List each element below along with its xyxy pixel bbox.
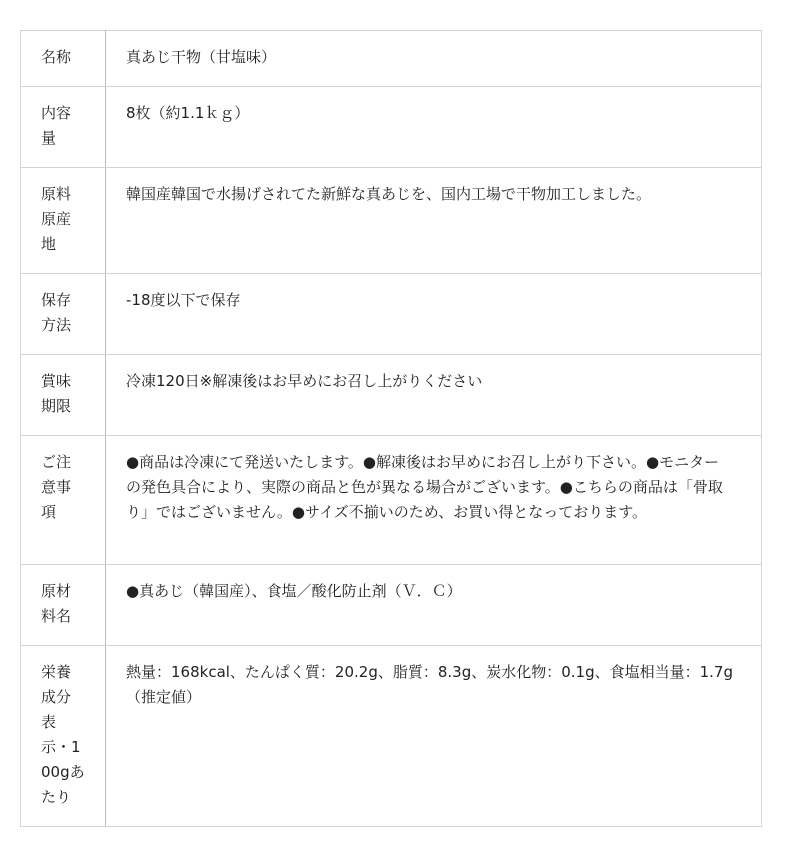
spec-label-content: 内容量 [21, 87, 106, 168]
spec-label-ingredients: 原材料名 [21, 565, 106, 646]
spec-row-expiry: 賞味期限 冷凍120日※解凍後はお早めにお召し上がりください [21, 355, 762, 436]
spec-label-name: 名称 [21, 31, 106, 87]
spec-label-origin: 原料原産地 [21, 168, 106, 274]
spec-row-name: 名称 真あじ干物（甘塩味） [21, 31, 762, 87]
spec-value-content: 8枚（約1.1ｋｇ） [106, 87, 762, 168]
spec-row-ingredients: 原材料名 ●真あじ（韓国産）、食塩／酸化防止剤（Ｖ．Ｃ） [21, 565, 762, 646]
spec-value-notes: ●商品は冷凍にて発送いたします。●解凍後はお早めにお召し上がり下さい。●モニター… [106, 436, 762, 565]
spec-row-origin: 原料原産地 韓国産韓国で水揚げされてた新鮮な真あじを、国内工場で干物加工しました… [21, 168, 762, 274]
spec-row-nutrition: 栄養成分表示・100gあたり 熱量：168kcal、たんぱく質：20.2g、脂質… [21, 646, 762, 827]
product-spec-table: 名称 真あじ干物（甘塩味） 内容量 8枚（約1.1ｋｇ） 原料原産地 韓国産韓国… [20, 30, 762, 827]
spec-value-ingredients: ●真あじ（韓国産）、食塩／酸化防止剤（Ｖ．Ｃ） [106, 565, 762, 646]
spec-value-name: 真あじ干物（甘塩味） [106, 31, 762, 87]
spec-label-expiry: 賞味期限 [21, 355, 106, 436]
spec-value-expiry: 冷凍120日※解凍後はお早めにお召し上がりください [106, 355, 762, 436]
spec-row-notes: ご注意事項 ●商品は冷凍にて発送いたします。●解凍後はお早めにお召し上がり下さい… [21, 436, 762, 565]
spec-label-notes: ご注意事項 [21, 436, 106, 565]
spec-label-nutrition: 栄養成分表示・100gあたり [21, 646, 106, 827]
spec-value-origin: 韓国産韓国で水揚げされてた新鮮な真あじを、国内工場で干物加工しました。 [106, 168, 762, 274]
spec-value-storage: -18度以下で保存 [106, 274, 762, 355]
spec-label-storage: 保存方法 [21, 274, 106, 355]
spec-row-content: 内容量 8枚（約1.1ｋｇ） [21, 87, 762, 168]
spec-value-nutrition: 熱量：168kcal、たんぱく質：20.2g、脂質：8.3g、炭水化物：0.1g… [106, 646, 762, 827]
spec-row-storage: 保存方法 -18度以下で保存 [21, 274, 762, 355]
